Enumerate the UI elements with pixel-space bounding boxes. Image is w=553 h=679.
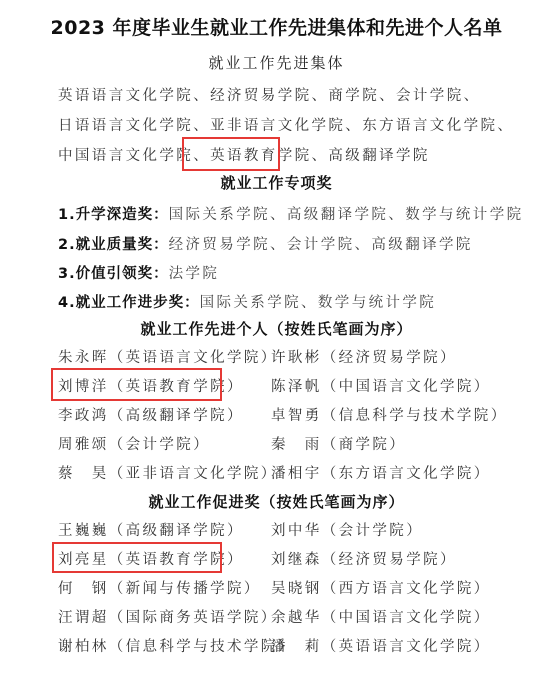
special-award-1: 1.升学深造奖：国际关系学院、高级翻译学院、数学与统计学院 [58, 203, 524, 224]
award-value: 国际关系学院、数学与统计学院 [200, 295, 437, 311]
award-value: 国际关系学院、高级翻译学院、数学与统计学院 [169, 207, 524, 223]
promotion-right-3: 吴晓钢（西方语言文化学院） [271, 577, 491, 598]
document-title: 2023 年度毕业生就业工作先进集体和先进个人名单 [0, 13, 553, 40]
individual-left-5: 蔡 昊（亚非语言文化学院） [58, 462, 278, 483]
individual-right-2: 陈泽帆（中国语言文化学院） [271, 375, 491, 396]
award-label: 1.升学深造奖： [58, 207, 169, 223]
promotion-right-2: 刘继森（经济贸易学院） [271, 548, 457, 569]
highlight-box-individual [51, 368, 222, 401]
promotion-left-5: 谢柏林（信息科学与技术学院） [58, 635, 295, 656]
individual-left-3: 李政鸿（高级翻译学院） [58, 404, 244, 425]
award-value: 法学院 [169, 266, 220, 282]
promotion-left-1: 王巍巍（高级翻译学院） [58, 519, 244, 540]
individual-left-4: 周雅颂（会计学院） [58, 433, 210, 454]
individual-right-1: 许耿彬（经济贸易学院） [271, 346, 457, 367]
award-value: 经济贸易学院、会计学院、高级翻译学院 [169, 237, 473, 253]
promotion-left-4: 汪谓超（国际商务英语学院） [58, 606, 278, 627]
promotion-right-4: 余越华（中国语言文化学院） [271, 606, 491, 627]
collective-line-2: 日语语言文化学院、亚非语言文化学院、东方语言文化学院、 [58, 114, 514, 135]
special-award-2: 2.就业质量奖：经济贸易学院、会计学院、高级翻译学院 [58, 233, 473, 254]
special-award-3: 3.价值引领奖：法学院 [58, 262, 219, 283]
individuals-heading: 就业工作先进个人（按姓氏笔画为序） [0, 318, 553, 339]
collective-heading: 就业工作先进集体 [0, 52, 553, 73]
promotion-right-5: 潘 莉（英语语言文化学院） [271, 635, 491, 656]
individual-right-5: 潘相宇（东方语言文化学院） [271, 462, 491, 483]
individual-left-1: 朱永晖（英语语言文化学院） [58, 346, 278, 367]
individual-right-3: 卓智勇（信息科学与技术学院） [271, 404, 508, 425]
collective-line-1: 英语语言文化学院、经济贸易学院、商学院、会计学院、 [58, 84, 481, 105]
award-label: 3.价值引领奖： [58, 266, 169, 282]
special-award-4: 4.就业工作进步奖：国际关系学院、数学与统计学院 [58, 291, 436, 312]
award-label: 4.就业工作进步奖： [58, 295, 200, 311]
highlight-box-promotion [52, 542, 222, 573]
promotion-left-3: 何 钢（新闻与传播学院） [58, 577, 261, 598]
special-heading: 就业工作专项奖 [0, 172, 553, 193]
promotion-right-1: 刘中华（会计学院） [271, 519, 423, 540]
highlight-box-collective [182, 137, 280, 171]
award-label: 2.就业质量奖： [58, 237, 169, 253]
individual-right-4: 秦 雨（商学院） [271, 433, 406, 454]
promotion-heading: 就业工作促进奖（按姓氏笔画为序） [0, 491, 553, 512]
